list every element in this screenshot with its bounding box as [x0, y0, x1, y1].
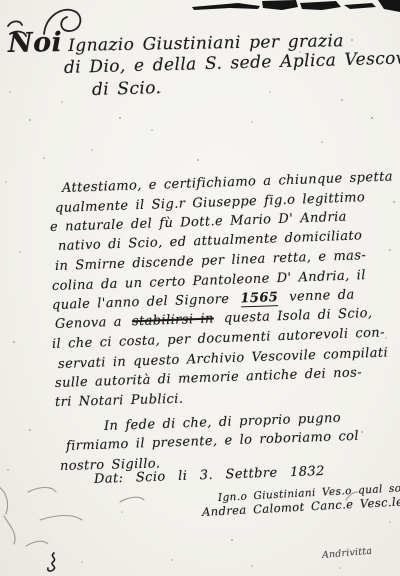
- body-line-8-pre: Genova a: [55, 315, 122, 332]
- body-line-7-post: venne da: [289, 287, 355, 304]
- heading-line-3: di Scio.: [92, 78, 162, 100]
- body-line-7-pre: quale l'anno del Signore: [52, 292, 230, 313]
- body-line-12: tri Notari Publici.: [55, 392, 184, 410]
- ink-squiggle: [48, 553, 55, 571]
- body-line-8-post: questa Isola di Scio,: [224, 306, 373, 326]
- opening-word: Noi: [8, 27, 63, 59]
- underlined-year: 1565: [240, 290, 278, 307]
- scanned-document-page: NoiIgnazio Giustiniani per grazia di Dio…: [0, 0, 400, 576]
- struck-through-text: stabilirsi in: [132, 311, 214, 329]
- corner-note: Andrivitta: [322, 546, 373, 561]
